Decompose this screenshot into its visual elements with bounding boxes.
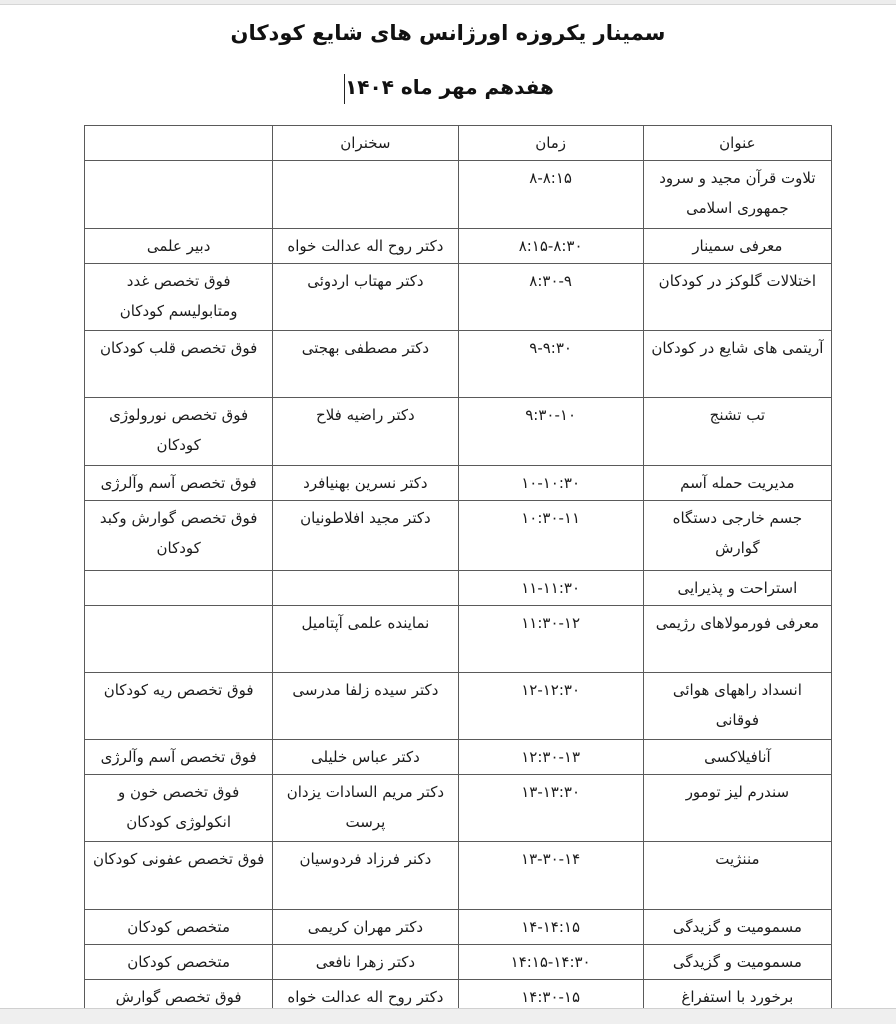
cell-time-text: ۹-۹:۳۰: [529, 339, 572, 357]
cell-speaker-text: دکتر روح اله عدالت خواه: [287, 988, 443, 1006]
cell-title: آنافیلاکسی: [643, 740, 831, 775]
cell-title: معرفی فورمولاهای رژیمی: [643, 606, 831, 673]
cell-time-text: ۸:۳۰-۹: [529, 272, 572, 290]
cell-speaker: دکتر مریم السادات یزدان پرست: [273, 775, 458, 842]
header-speaker: سخنران: [273, 126, 458, 161]
cell-speaker: دکتر زهرا نافعی: [273, 945, 458, 980]
cell-specialty: فوق تخصص عفونی کودکان: [85, 842, 273, 910]
cell-title: مسمومیت و گزیدگی: [643, 910, 831, 945]
cell-time: ۱۴:۱۵-۱۴:۳۰: [458, 945, 643, 980]
cell-title-text: مسمومیت و گزیدگی: [673, 918, 802, 936]
cell-specialty: [85, 571, 273, 606]
cell-title-text: تلاوت قرآن مجید و سرود جمهوری اسلامی: [659, 169, 815, 217]
cell-speaker: دکتر عباس خلیلی: [273, 740, 458, 775]
cell-time-text: ۸:۱۵-۸:۳۰: [519, 237, 583, 255]
cell-time-text: ۱۳-۳۰-۱۴: [521, 850, 580, 868]
cell-time-text: ۱۱:۳۰-۱۲: [521, 614, 580, 632]
cell-title: مدیریت حمله آسم: [643, 466, 831, 501]
cell-speaker-text: دکنر فرزاد فردوسیان: [300, 850, 432, 868]
cell-speaker-text: دکتر سیده زلفا مدرسی: [292, 681, 438, 699]
header-title: عنوان: [643, 126, 831, 161]
cell-title: جسم خارجی دستگاه گوارش: [643, 501, 831, 571]
bottom-bar: [0, 1008, 896, 1024]
cell-speaker-text: دکتر مریم السادات یزدان پرست: [287, 783, 444, 831]
cell-time-text: ۱۱-۱۱:۳۰: [521, 579, 580, 597]
cell-time: ۱۱-۱۱:۳۰: [458, 571, 643, 606]
cell-time: ۱۱:۳۰-۱۲: [458, 606, 643, 673]
cell-time-text: ۱۰-۱۰:۳۰: [521, 474, 580, 492]
cell-time-text: ۱۴:۱۵-۱۴:۳۰: [511, 953, 591, 971]
table-row: معرفی فورمولاهای رژیمی۱۱:۳۰-۱۲نماینده عل…: [85, 606, 832, 673]
cell-title-text: معرفی فورمولاهای رژیمی: [656, 614, 819, 632]
cell-speaker: دکتر مجید افلاطونیان: [273, 501, 458, 571]
cell-specialty-text: فوق تخصص گوارش: [116, 988, 242, 1006]
cell-specialty-text: فوق تخصص آسم وآلرژی: [101, 474, 257, 492]
cell-title: سندرم لیز تومور: [643, 775, 831, 842]
cell-specialty: [85, 161, 273, 229]
document-title: سمینار یکروزه اورژانس های شایع کودکان: [0, 16, 896, 50]
schedule-table: عنوان زمان سخنران تلاوت قرآن مجید و سرود…: [84, 125, 832, 1022]
cell-specialty-text: فوق تخصص گوارش وکبد کودکان: [100, 509, 258, 557]
cell-speaker-text: نماینده علمی آپتامیل: [301, 614, 429, 632]
table-row: تب تشنج۹:۳۰-۱۰دکتر راضیه فلاحفوق تخصص نو…: [85, 398, 832, 466]
table-row: سندرم لیز تومور۱۳-۱۳:۳۰دکتر مریم السادات…: [85, 775, 832, 842]
cell-title: انسداد راههای هوائی فوقانی: [643, 673, 831, 740]
cell-time: ۱۳-۱۳:۳۰: [458, 775, 643, 842]
cell-specialty: فوق تخصص ریه کودکان: [85, 673, 273, 740]
table-row: انسداد راههای هوائی فوقانی۱۲-۱۲:۳۰دکتر س…: [85, 673, 832, 740]
cell-speaker: دکتر سیده زلفا مدرسی: [273, 673, 458, 740]
cell-specialty-text: فوق تخصص غدد ومتابولیسم کودکان: [120, 272, 238, 320]
cell-time-text: ۱۲:۳۰-۱۳: [521, 748, 580, 766]
cell-time-text: ۱۰:۳۰-۱۱: [521, 509, 580, 527]
cell-specialty-text: فوق تخصص نورولوژی کودکان: [109, 406, 248, 454]
cell-specialty-text: دبیر علمی: [147, 237, 211, 255]
cell-time-text: ۹:۳۰-۱۰: [525, 406, 576, 424]
cell-time-text: ۱۳-۱۳:۳۰: [521, 783, 580, 801]
cell-specialty: متخصص کودکان: [85, 945, 273, 980]
cell-speaker-text: دکتر نسرین بهنیافرد: [303, 474, 427, 492]
cell-title-text: مدیریت حمله آسم: [680, 474, 794, 492]
cell-specialty: [85, 606, 273, 673]
cell-time: ۹:۳۰-۱۰: [458, 398, 643, 466]
cell-title-text: تب تشنج: [710, 406, 765, 424]
cell-speaker-text: دکتر راضیه فلاح: [316, 406, 415, 424]
cell-specialty-text: فوق تخصص ریه کودکان: [104, 681, 254, 699]
cell-time: ۱۲:۳۰-۱۳: [458, 740, 643, 775]
cell-speaker: دکتر نسرین بهنیافرد: [273, 466, 458, 501]
cell-speaker: دکتر مهتاب اردوئی: [273, 264, 458, 331]
cell-time: ۸-۸:۱۵: [458, 161, 643, 229]
table-header-row: عنوان زمان سخنران: [85, 126, 832, 161]
cell-title-text: انسداد راههای هوائی فوقانی: [673, 681, 802, 729]
cell-specialty-text: فوق تخصص آسم وآلرژی: [101, 748, 257, 766]
cell-specialty: متخصص کودکان: [85, 910, 273, 945]
cell-speaker-text: دکتر مجید افلاطونیان: [300, 509, 431, 527]
cell-title: مسمومیت و گزیدگی: [643, 945, 831, 980]
document-date-text: هفدهم مهر ماه ۱۴۰۴: [345, 75, 554, 99]
cell-time: ۱۳-۳۰-۱۴: [458, 842, 643, 910]
cell-speaker: دکتر روح اله عدالت خواه: [273, 229, 458, 264]
table-row: مسمومیت و گزیدگی۱۴-۱۴:۱۵دکتر مهران کریمی…: [85, 910, 832, 945]
cell-specialty-text: متخصص کودکان: [127, 953, 230, 971]
cell-speaker: دکتر مهران کریمی: [273, 910, 458, 945]
table-row: مدیریت حمله آسم۱۰-۱۰:۳۰دکتر نسرین بهنیاف…: [85, 466, 832, 501]
cell-time-text: ۸-۸:۱۵: [529, 169, 572, 187]
header-time: زمان: [458, 126, 643, 161]
cell-specialty-text: متخصص کودکان: [127, 918, 230, 936]
cell-title-text: استراحت و پذیرایی: [677, 579, 797, 597]
cell-specialty: فوق تخصص گوارش وکبد کودکان: [85, 501, 273, 571]
cell-title: معرفی سمینار: [643, 229, 831, 264]
cell-title-text: برخورد با استفراغ: [681, 988, 793, 1006]
cell-specialty-text: فوق تخصص عفونی کودکان: [93, 850, 264, 868]
cell-time-text: ۱۲-۱۲:۳۰: [521, 681, 580, 699]
cell-time: ۸:۳۰-۹: [458, 264, 643, 331]
cell-speaker: دکتر مصطفی بهجتی: [273, 331, 458, 398]
cell-specialty: فوق تخصص خون و انکولوژی کودکان: [85, 775, 273, 842]
cell-title: اختلالات گلوکز در کودکان: [643, 264, 831, 331]
table-row: استراحت و پذیرایی۱۱-۱۱:۳۰: [85, 571, 832, 606]
header-specialty: [85, 126, 273, 161]
cell-specialty-text: فوق تخصص قلب کودکان: [100, 339, 257, 357]
cell-speaker-text: دکتر روح اله عدالت خواه: [287, 237, 443, 255]
cell-speaker: [273, 571, 458, 606]
cell-time: ۸:۱۵-۸:۳۰: [458, 229, 643, 264]
cell-time: ۹-۹:۳۰: [458, 331, 643, 398]
cell-time: ۱۲-۱۲:۳۰: [458, 673, 643, 740]
cell-title-text: سندرم لیز تومور: [686, 783, 789, 801]
cell-speaker: نماینده علمی آپتامیل: [273, 606, 458, 673]
cell-speaker: دکتر راضیه فلاح: [273, 398, 458, 466]
cell-title-text: جسم خارجی دستگاه گوارش: [673, 509, 803, 557]
cell-specialty: فوق تخصص آسم وآلرژی: [85, 466, 273, 501]
cell-title-text: مننژیت: [715, 850, 759, 868]
cell-speaker: دکنر فرزاد فردوسیان: [273, 842, 458, 910]
cell-title-text: آنافیلاکسی: [704, 748, 771, 766]
cell-title: استراحت و پذیرایی: [643, 571, 831, 606]
table-row: معرفی سمینار۸:۱۵-۸:۳۰دکتر روح اله عدالت …: [85, 229, 832, 264]
cell-specialty: فوق تخصص آسم وآلرژی: [85, 740, 273, 775]
cell-time-text: ۱۴:۳۰-۱۵: [521, 988, 580, 1006]
cell-specialty: فوق تخصص نورولوژی کودکان: [85, 398, 273, 466]
cell-title: مننژیت: [643, 842, 831, 910]
cell-specialty-text: فوق تخصص خون و انکولوژی کودکان: [118, 783, 239, 831]
cell-title-text: اختلالات گلوکز در کودکان: [659, 272, 816, 290]
cell-title: تب تشنج: [643, 398, 831, 466]
cell-speaker-text: دکتر مصطفی بهجتی: [302, 339, 429, 357]
cell-speaker-text: دکتر زهرا نافعی: [316, 953, 415, 971]
cell-title-text: آریتمی های شایع در کودکان: [651, 339, 823, 357]
cell-specialty: دبیر علمی: [85, 229, 273, 264]
cell-time: ۱۴-۱۴:۱۵: [458, 910, 643, 945]
table-row: جسم خارجی دستگاه گوارش۱۰:۳۰-۱۱دکتر مجید …: [85, 501, 832, 571]
cell-time: ۱۰-۱۰:۳۰: [458, 466, 643, 501]
cell-title: آریتمی های شایع در کودکان: [643, 331, 831, 398]
cell-speaker-text: دکتر عباس خلیلی: [311, 748, 420, 766]
cell-speaker: [273, 161, 458, 229]
cell-speaker-text: دکتر مهران کریمی: [308, 918, 423, 936]
table-row: تلاوت قرآن مجید و سرود جمهوری اسلامی۸-۸:…: [85, 161, 832, 229]
cell-title: تلاوت قرآن مجید و سرود جمهوری اسلامی: [643, 161, 831, 229]
table-row: آریتمی های شایع در کودکان۹-۹:۳۰دکتر مصطف…: [85, 331, 832, 398]
table-row: مسمومیت و گزیدگی۱۴:۱۵-۱۴:۳۰دکتر زهرا ناف…: [85, 945, 832, 980]
table-row: اختلالات گلوکز در کودکان۸:۳۰-۹دکتر مهتاب…: [85, 264, 832, 331]
document-date: هفدهم مهر ماه ۱۴۰۴: [0, 70, 896, 104]
table-row: مننژیت۱۳-۳۰-۱۴دکنر فرزاد فردوسیانفوق تخص…: [85, 842, 832, 910]
cell-time: ۱۰:۳۰-۱۱: [458, 501, 643, 571]
cell-specialty: فوق تخصص قلب کودکان: [85, 331, 273, 398]
cell-title-text: مسمومیت و گزیدگی: [673, 953, 802, 971]
cell-time-text: ۱۴-۱۴:۱۵: [521, 918, 580, 936]
top-toolbar-strip: [0, 0, 896, 5]
cell-title-text: معرفی سمینار: [692, 237, 782, 255]
table-row: آنافیلاکسی۱۲:۳۰-۱۳دکتر عباس خلیلیفوق تخص…: [85, 740, 832, 775]
cell-specialty: فوق تخصص غدد ومتابولیسم کودکان: [85, 264, 273, 331]
cell-speaker-text: دکتر مهتاب اردوئی: [307, 272, 423, 290]
